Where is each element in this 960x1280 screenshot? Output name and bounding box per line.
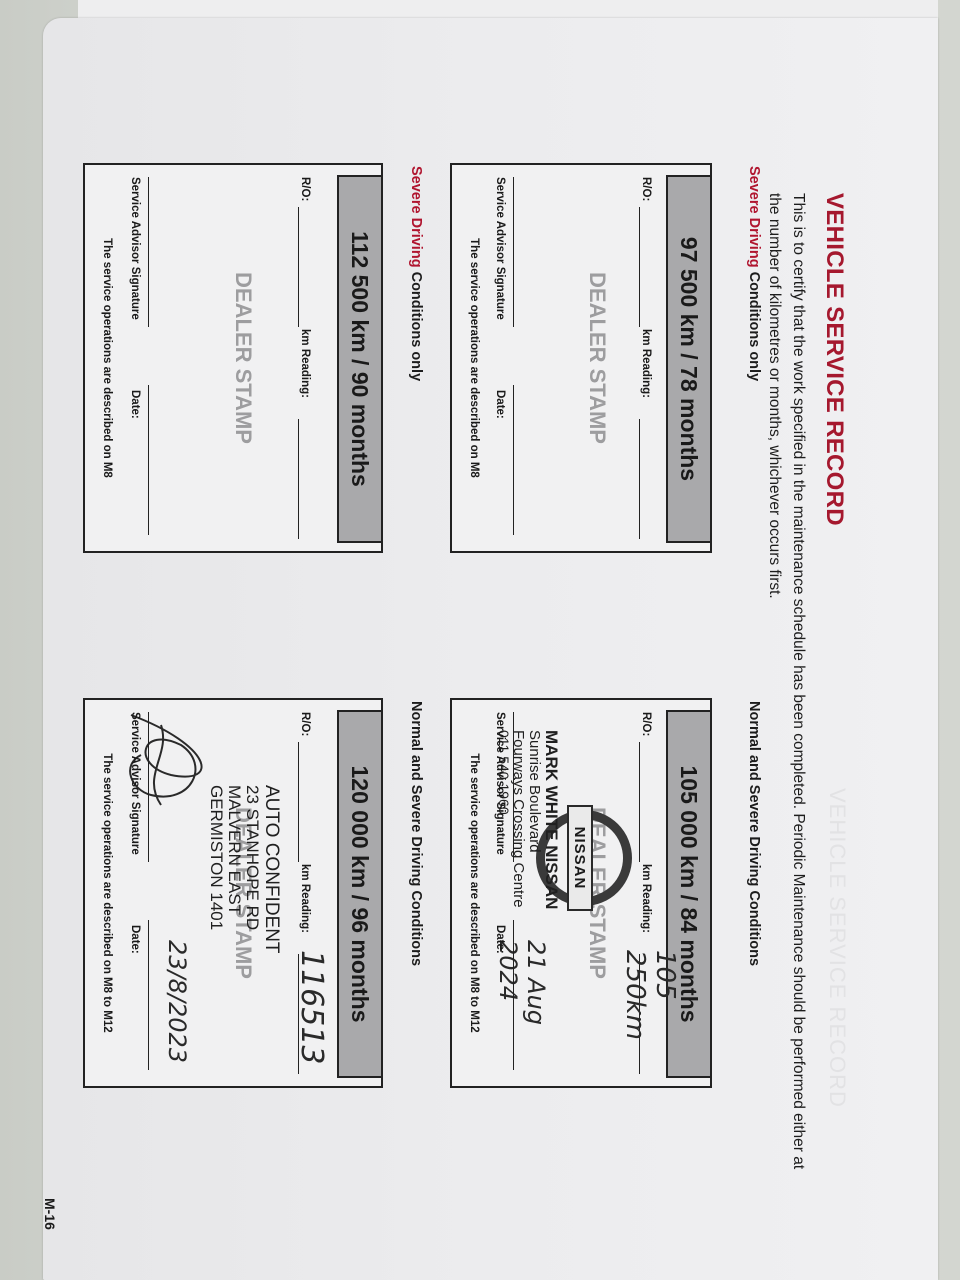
ro-label: R/O: xyxy=(640,177,652,201)
date-field[interactable] xyxy=(513,920,514,1070)
condition-label: Severe Driving Conditions only xyxy=(746,166,762,381)
bleed-through-text: VEHICLE SERVICE RECORD xyxy=(824,788,850,1108)
dealer-stamp-placeholder: DEALER STAMP xyxy=(230,165,256,551)
ro-label: R/O: xyxy=(640,712,652,736)
dealer-stamp-placeholder: DEALER STAMP xyxy=(584,165,610,551)
date-field[interactable] xyxy=(148,385,149,535)
service-interval: 120 000 km / 96 months xyxy=(337,710,381,1078)
ro-label: R/O: xyxy=(299,712,311,736)
signature-field[interactable] xyxy=(148,712,149,862)
handwritten-date: 21 Aug 2024 xyxy=(494,940,550,1086)
intro-line-2: the number of kilometres or months, whic… xyxy=(762,193,786,1193)
signature-field[interactable] xyxy=(148,177,149,327)
service-box-112500: 112 500 km / 90 months R/O: km Reading: … xyxy=(83,163,383,553)
service-interval: 112 500 km / 90 months xyxy=(337,175,381,543)
km-reading-label: km Reading: xyxy=(640,864,652,933)
km-reading-label: km Reading: xyxy=(299,864,311,933)
handwritten-date: 23/8/2023 xyxy=(163,940,191,1063)
date-field[interactable] xyxy=(148,920,149,1070)
signature-field[interactable] xyxy=(513,177,514,327)
signature-label: Service Advisor Signature xyxy=(129,177,141,320)
rotated-document: VEHICLE SERVICE RECORD VEHICLE SERVICE R… xyxy=(0,0,960,1280)
handwritten-km-reading: 116513 xyxy=(294,950,329,1065)
date-field[interactable] xyxy=(513,385,514,535)
intro-text: This is to certify that the work specifi… xyxy=(762,193,810,1193)
service-box-105000: 105 000 km / 84 months R/O: km Reading: … xyxy=(450,698,712,1088)
ro-field[interactable] xyxy=(298,207,299,327)
signature-field[interactable] xyxy=(513,712,514,862)
service-footer: The service operations are described on … xyxy=(101,700,113,1086)
service-book-page: VEHICLE SERVICE RECORD VEHICLE SERVICE R… xyxy=(43,18,938,1280)
service-box-97500: 97 500 km / 78 months R/O: km Reading: D… xyxy=(450,163,712,553)
condition-label: Normal and Severe Driving Conditions xyxy=(746,701,762,966)
nissan-logo-text: NISSAN xyxy=(567,805,593,911)
intro-line-1: This is to certify that the work specifi… xyxy=(786,193,810,1193)
signature-label: Service Advisor Signature xyxy=(494,712,506,855)
handwritten-km-reading: 105 250km xyxy=(620,950,680,1086)
signature-label: Service Advisor Signature xyxy=(129,712,141,855)
ro-field[interactable] xyxy=(639,742,640,862)
page-number: M-16 xyxy=(42,1198,58,1230)
service-footer: The service operations are described on … xyxy=(468,700,480,1086)
service-footer: The service operations are described on … xyxy=(101,165,113,551)
date-label: Date: xyxy=(494,390,506,419)
km-reading-field[interactable] xyxy=(639,419,640,539)
service-interval: 97 500 km / 78 months xyxy=(666,175,710,543)
page-title: VEHICLE SERVICE RECORD xyxy=(820,193,848,526)
date-label: Date: xyxy=(494,925,506,954)
ro-label: R/O: xyxy=(299,177,311,201)
km-reading-field[interactable] xyxy=(298,419,299,539)
service-box-120000: 120 000 km / 96 months R/O: km Reading: … xyxy=(83,698,383,1088)
km-reading-label: km Reading: xyxy=(299,329,311,398)
date-label: Date: xyxy=(129,390,141,419)
km-reading-label: km Reading: xyxy=(640,329,652,398)
ro-field[interactable] xyxy=(639,207,640,327)
condition-label: Normal and Severe Driving Conditions xyxy=(408,701,424,966)
service-footer: The service operations are described on … xyxy=(468,165,480,551)
condition-label: Severe Driving Conditions only xyxy=(408,166,424,381)
date-label: Date: xyxy=(129,925,141,954)
signature-label: Service Advisor Signature xyxy=(494,177,506,320)
ro-field[interactable] xyxy=(298,742,299,862)
